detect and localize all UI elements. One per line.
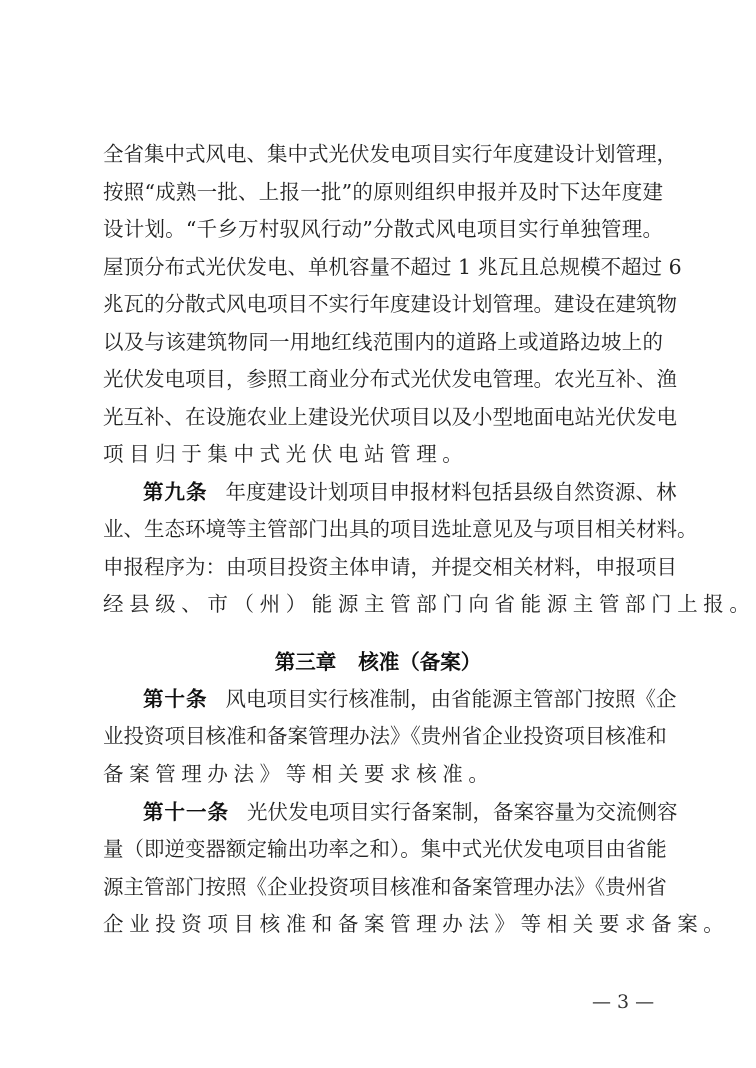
- text-line: 第九条年度建设计划项目申报材料包括县级自然资源、林: [143, 480, 663, 504]
- text-line: 项目归于集中式光伏电站管理。: [103, 442, 663, 466]
- chapter-title: 核准（备案）: [358, 650, 481, 674]
- article-text: 光伏发电项目实行备案制，备案容量为交流侧容: [247, 800, 678, 824]
- text-line: 量（即逆变器额定输出功率之和）。集中式光伏发电项目由省能: [103, 837, 663, 861]
- article-text: 风电项目实行核准制，由省能源主管部门按照《企: [226, 687, 677, 711]
- text-line: 业、生态环境等主管部门出具的项目选址意见及与项目相关材料。: [103, 517, 663, 541]
- text-line: 业投资项目核准和备案管理办法》《贵州省企业投资项目核准和: [103, 724, 663, 748]
- text-line: 经县级、市（州）能源主管部门向省能源主管部门上报。: [103, 592, 663, 616]
- chapter-number: 第三章: [275, 650, 337, 674]
- article-text: 年度建设计划项目申报材料包括县级自然资源、林: [226, 480, 677, 504]
- text-line: 备案管理办法》等相关要求核准。: [103, 762, 663, 786]
- article-label: 第十一条: [143, 800, 229, 824]
- text-line: 光互补、在设施农业上建设光伏项目以及小型地面电站光伏发电: [103, 405, 663, 429]
- document-page: 全省集中式风电、集中式光伏发电项目实行年度建设计划管理， 按照“成熟一批、上报一…: [0, 0, 756, 1068]
- article-label: 第九条: [143, 480, 208, 504]
- text-line: 申报程序为：由项目投资主体申请，并提交相关材料，申报项目: [103, 555, 663, 579]
- text-line: 第十条风电项目实行核准制，由省能源主管部门按照《企: [143, 687, 663, 711]
- text-line: 第十一条光伏发电项目实行备案制，备案容量为交流侧容: [143, 800, 663, 824]
- article-label: 第十条: [143, 687, 208, 711]
- text-line: 设计划。“千乡万村驭风行动”分散式风电项目实行单独管理。: [103, 217, 663, 241]
- text-line: 全省集中式风电、集中式光伏发电项目实行年度建设计划管理，: [103, 142, 663, 166]
- text-line: 源主管部门按照《企业投资项目核准和备案管理办法》《贵州省: [103, 875, 663, 899]
- text-line: 以及与该建筑物同一用地红线范围内的道路上或道路边坡上的: [103, 330, 663, 354]
- text-line: 按照“成熟一批、上报一批”的原则组织申报并及时下达年度建: [103, 180, 663, 204]
- text-line: 屋顶分布式光伏发电、单机容量不超过 1 兆瓦且总规模不超过 6: [103, 255, 663, 279]
- page-number: — 3 —: [592, 990, 654, 1014]
- text-line: 兆瓦的分散式风电项目不实行年度建设计划管理。建设在建筑物: [103, 292, 663, 316]
- chapter-heading: 第三章核准（备案）: [0, 648, 756, 676]
- text-line: 企业投资项目核准和备案管理办法》等相关要求备案。: [103, 912, 663, 936]
- text-line: 光伏发电项目，参照工商业分布式光伏发电管理。农光互补、渔: [103, 367, 663, 391]
